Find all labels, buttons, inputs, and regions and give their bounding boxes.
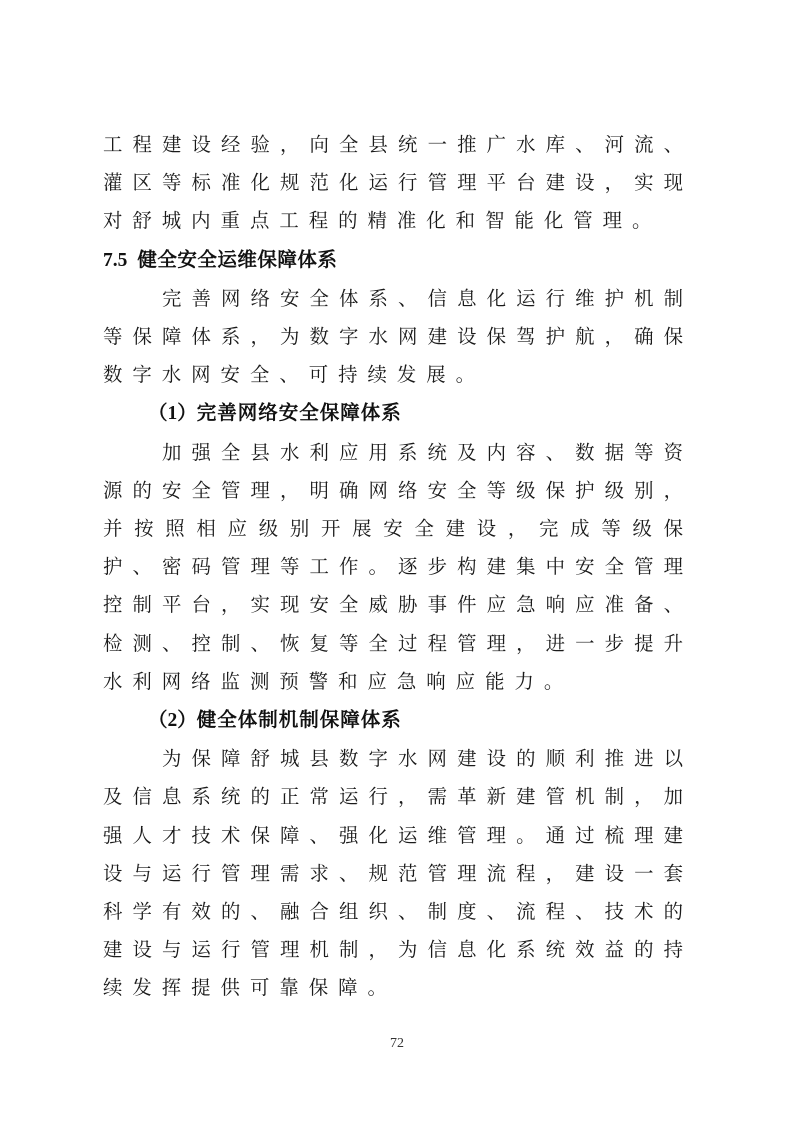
subsection-title: 完善网络安全保障体系 <box>197 401 402 424</box>
document-page: 工程建设经验，向全县统一推广水库、河流、灌区等标准化规范化运行管理平台建设，实现… <box>103 126 693 1008</box>
page-number: 72 <box>0 1036 794 1052</box>
intro-paragraph: 工程建设经验，向全县统一推广水库、河流、灌区等标准化规范化运行管理平台建设，实现… <box>103 126 693 241</box>
section-title: 健全安全运维保障体系 <box>137 248 337 271</box>
subsection-body-2: 为保障舒城县数字水网建设的顺利推进以及信息系统的正常运行，需革新建管机制，加强人… <box>103 740 693 1007</box>
subsection-heading-1: （1）完善网络安全保障体系 <box>103 394 693 433</box>
section-number: 7.5 <box>103 250 127 271</box>
section-heading: 7.5健全安全运维保障体系 <box>103 241 693 280</box>
subsection-heading-2: （2）健全体制机制保障体系 <box>103 701 693 740</box>
section-intro-paragraph: 完善网络安全体系、信息化运行维护机制等保障体系，为数字水网建设保驾护航，确保数字… <box>103 280 693 395</box>
subsection-number: （2） <box>148 710 197 731</box>
subsection-number: （1） <box>148 403 197 424</box>
subsection-title: 健全体制机制保障体系 <box>197 708 402 731</box>
subsection-body-1: 加强全县水利应用系统及内容、数据等资源的安全管理，明确网络安全等级保护级别，并按… <box>103 434 693 701</box>
